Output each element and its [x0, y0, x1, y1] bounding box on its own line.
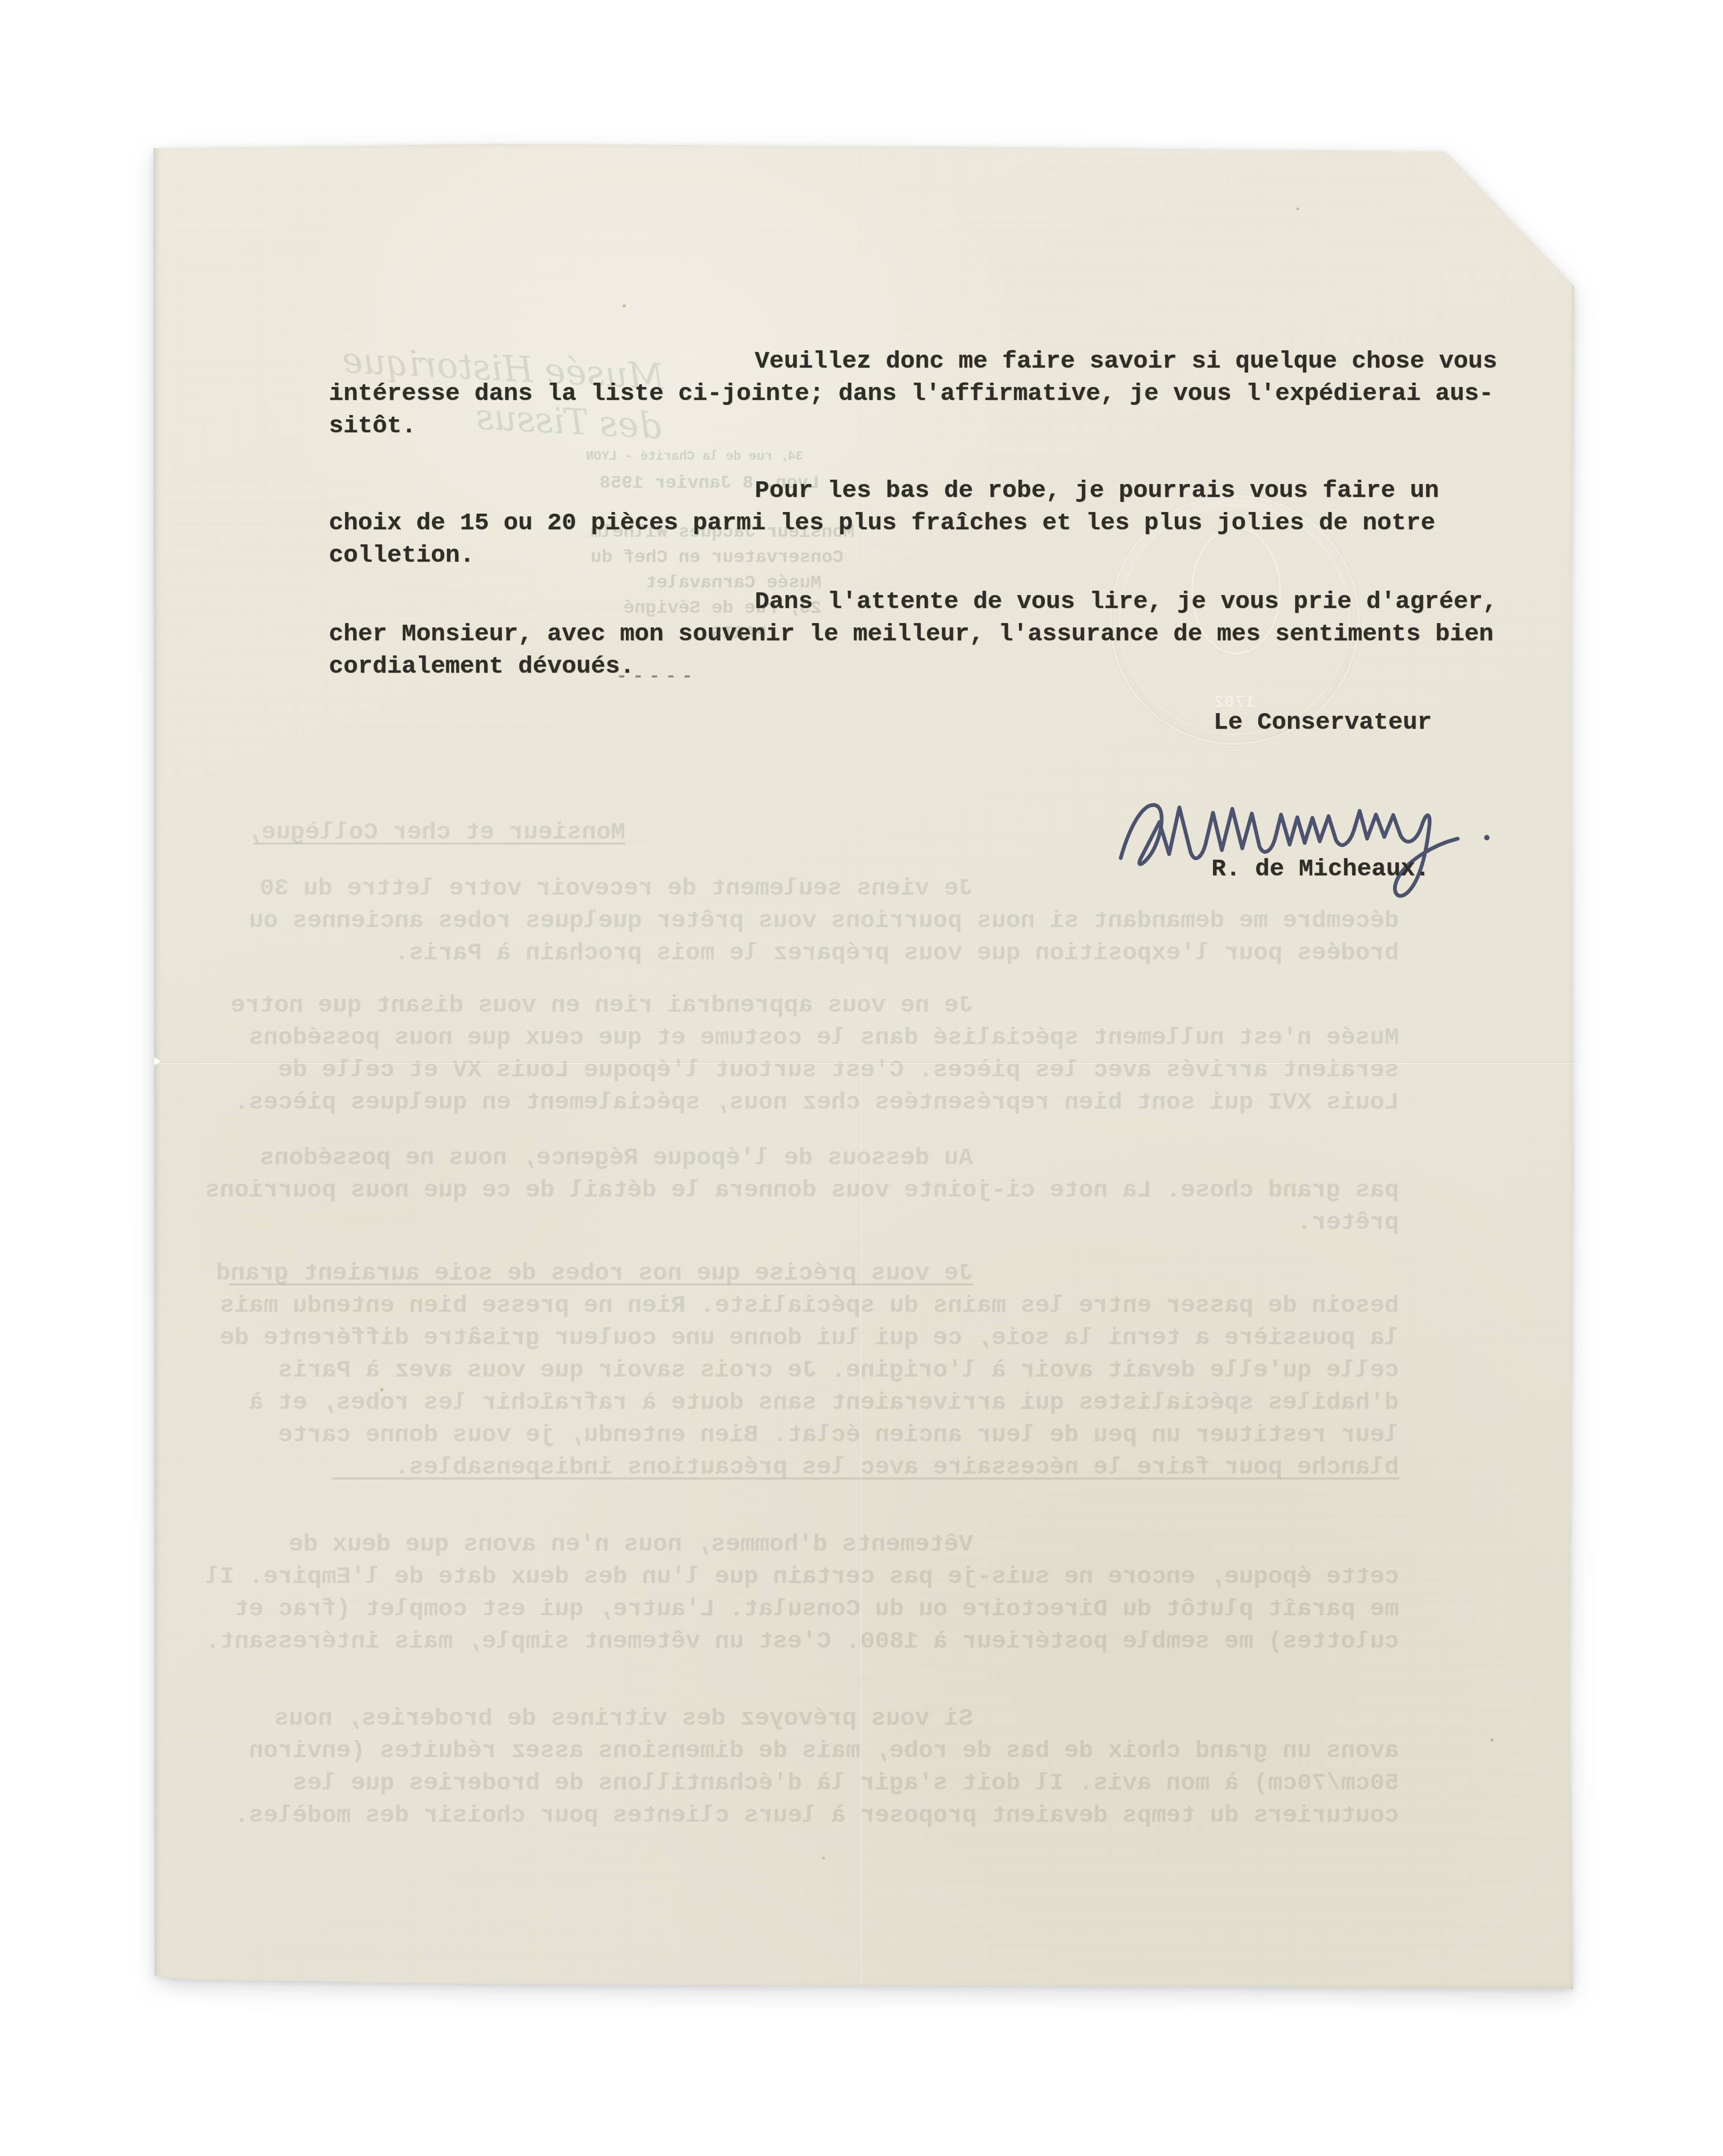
paper-speck [380, 1388, 383, 1391]
horizontal-fold-crease [154, 1062, 1574, 1064]
scan-background: Musée Historique des Tissus 34, rue de l… [0, 0, 1723, 2156]
vertical-fold-crease-lower [859, 1064, 861, 1985]
closing-signatory-name: R. de Micheaux. [1211, 853, 1430, 886]
left-edge-tear [152, 1056, 161, 1067]
bleedthrough-underline [229, 1283, 973, 1286]
paragraph-3: Dans l'attente de vous lire, je vous pri… [329, 586, 1536, 683]
signature-stroke [1119, 794, 1459, 906]
paragraph-2: Pour les bas de robe, je pourrais vous f… [329, 475, 1536, 572]
handwritten-signature [1105, 738, 1531, 914]
separator-dashes: ----- [616, 667, 698, 687]
letter-paper: Musée Historique des Tissus 34, rue de l… [154, 143, 1574, 1992]
paper-speck [822, 1857, 825, 1860]
bleedthrough-paragraph: Vêtements d'hommes, nous n'en avons que … [148, 1529, 1399, 1658]
bleedthrough-letterhead-address: 34, rue de la Charité - LYON [586, 449, 803, 465]
bleedthrough-paragraph: Au dessous de l'époque Régence, nous ne … [148, 1142, 1399, 1239]
paper-speck [1297, 208, 1299, 210]
bleedthrough-paragraph: Si vous prévoyez des vitrines de broderi… [148, 1703, 1399, 1832]
paper-speck [1491, 1738, 1493, 1742]
bleedthrough-paragraph: Je ne vous apprendrai rien en vous disan… [148, 990, 1399, 1119]
bleedthrough-underline [332, 1477, 1399, 1480]
bleedthrough-paragraph: Je vous précise que nos robes de soie au… [148, 1257, 1399, 1484]
signature-period-dot [1484, 835, 1490, 840]
bleedthrough-salutation: Monsieur et cher Collègue, [247, 817, 625, 849]
closing-role-label: Le Conservateur [1214, 707, 1432, 739]
letter-page: Musée Historique des Tissus 34, rue de l… [154, 143, 1574, 1992]
paragraph-1: Veuillez donc me faire savoir si quelque… [329, 345, 1536, 443]
paper-speck [623, 305, 626, 307]
bleedthrough-underline [253, 842, 625, 845]
